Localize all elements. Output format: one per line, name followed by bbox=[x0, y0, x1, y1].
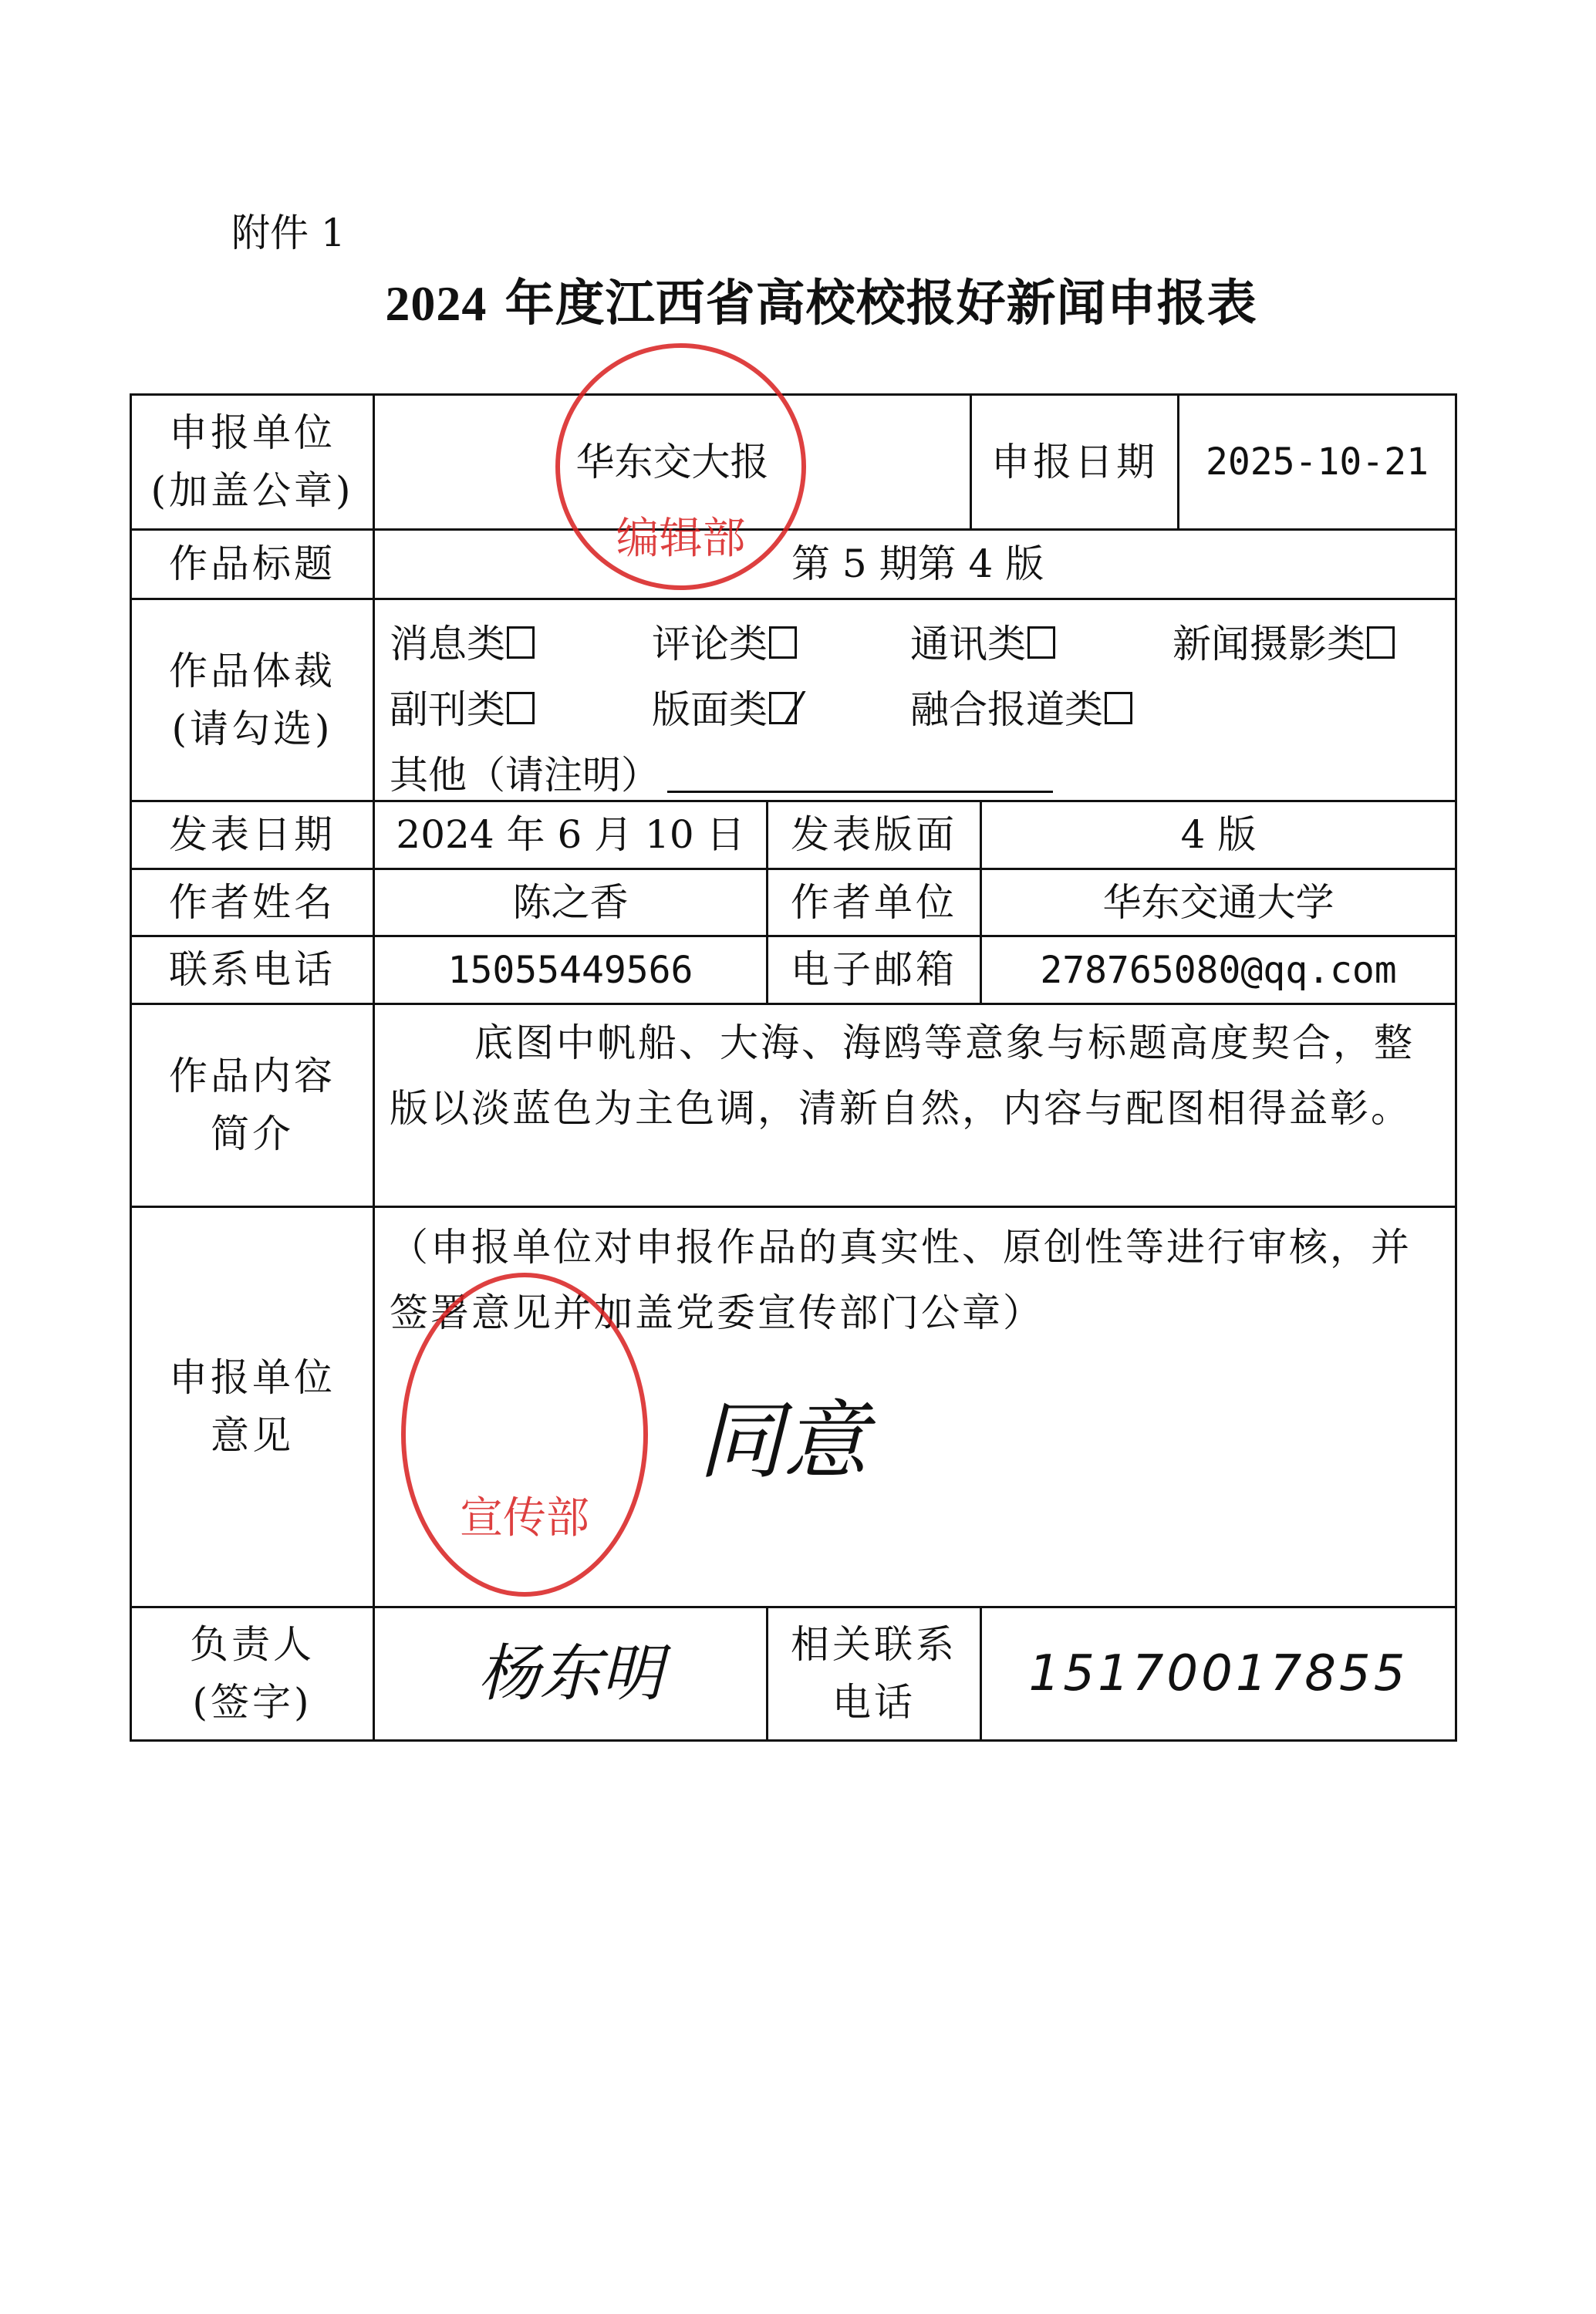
genre-checkbox-commentary[interactable]: 评论类 bbox=[652, 613, 797, 669]
email-label: 电子邮箱 bbox=[766, 935, 982, 1005]
label-line-2: (请勾选) bbox=[171, 700, 332, 758]
genre-label-text: 版面类 bbox=[652, 687, 768, 732]
genre-checkbox-convergence[interactable]: 融合报道类 bbox=[910, 679, 1132, 734]
label-line-1: 负责人 bbox=[190, 1616, 315, 1674]
label-line-2: 意见 bbox=[211, 1407, 294, 1465]
work-title-label: 作品标题 bbox=[130, 528, 375, 600]
responsible-label: 负责人 (签字) bbox=[130, 1606, 375, 1742]
checkbox-icon bbox=[1105, 692, 1132, 724]
submit-date-field[interactable]: 2025-10-21 bbox=[1177, 393, 1457, 531]
genre-checkbox-news[interactable]: 消息类 bbox=[390, 613, 535, 669]
author-unit-field[interactable]: 华东交通大学 bbox=[980, 868, 1457, 937]
applicant-unit-value: 华东交大报 bbox=[576, 433, 769, 491]
genre-other-label: 其他（请注明） bbox=[390, 753, 660, 798]
label-line-1: 相关联系 bbox=[791, 1616, 957, 1674]
publish-page-field[interactable]: 4 版 bbox=[980, 800, 1457, 870]
label-line-2: 简介 bbox=[211, 1105, 294, 1163]
checkbox-icon bbox=[769, 626, 797, 659]
related-phone-field[interactable]: 15170017855 bbox=[980, 1606, 1457, 1742]
related-phone-value: 15170017855 bbox=[1029, 1637, 1409, 1711]
phone-field[interactable]: 15055449566 bbox=[373, 935, 768, 1005]
label-line-1: 作品体裁 bbox=[169, 643, 336, 700]
genre-other: 其他（请注明） bbox=[390, 744, 1053, 800]
checkbox-icon bbox=[507, 692, 535, 724]
phone-label: 联系电话 bbox=[130, 935, 375, 1005]
submit-date-label: 申报日期 bbox=[970, 393, 1179, 531]
genre-checkbox-supplement[interactable]: 副刊类 bbox=[390, 679, 535, 734]
attachment-label: 附件 1 bbox=[231, 202, 346, 258]
genre-label-text: 新闻摄影类 bbox=[1173, 622, 1365, 666]
responsible-signature-field[interactable]: 杨东明 bbox=[373, 1606, 768, 1742]
applicant-unit-field[interactable]: 华东交大报 bbox=[373, 393, 972, 531]
genre-label-text: 通讯类 bbox=[910, 622, 1026, 666]
checkbox-icon bbox=[1027, 626, 1055, 659]
page-title: 2024 年度江西省高校校报好新闻申报表 bbox=[0, 264, 1596, 335]
applicant-unit-label: 申报单位 (加盖公章) bbox=[130, 393, 375, 531]
genre-label-text: 融合报道类 bbox=[910, 687, 1103, 732]
checkbox-icon bbox=[507, 626, 535, 659]
genre-checkbox-photo[interactable]: 新闻摄影类 bbox=[1173, 613, 1395, 669]
opinion-instructions: （申报单位对申报作品的真实性、原创性等进行审核，并签署意见并加盖党委宣传部门公章… bbox=[390, 1215, 1439, 1346]
checkbox-icon bbox=[1367, 626, 1395, 659]
publish-date-field[interactable]: 2024 年 6 月 10 日 bbox=[373, 800, 768, 870]
publish-date-label: 发表日期 bbox=[130, 800, 375, 870]
summary-label: 作品内容 简介 bbox=[130, 1003, 375, 1208]
label-line-1: 申报单位 bbox=[169, 404, 336, 462]
genre-label-text: 副刊类 bbox=[390, 687, 505, 732]
title-text: 年度江西省高校校报好新闻申报表 bbox=[505, 275, 1257, 332]
opinion-signature: 同意 bbox=[698, 1373, 868, 1495]
author-name-label: 作者姓名 bbox=[130, 868, 375, 937]
label-line-1: 申报单位 bbox=[169, 1349, 336, 1407]
summary-text: 底图中帆船、大海、海鸥等意象与标题高度契合，整版以淡蓝色为主色调，清新自然，内容… bbox=[390, 1010, 1439, 1142]
genre-label-text: 消息类 bbox=[390, 622, 505, 666]
related-phone-label: 相关联系 电话 bbox=[766, 1606, 982, 1742]
work-title-field[interactable]: 第 5 期第 4 版 bbox=[373, 528, 1457, 600]
genre-label: 作品体裁 (请勾选) bbox=[130, 598, 375, 802]
publish-page-label: 发表版面 bbox=[766, 800, 982, 870]
email-field[interactable]: 278765080@qq.com bbox=[980, 935, 1457, 1005]
genre-checkbox-feature[interactable]: 通讯类 bbox=[910, 613, 1055, 669]
label-line-2: (加盖公章) bbox=[150, 462, 353, 520]
opinion-label: 申报单位 意见 bbox=[130, 1206, 375, 1608]
label-line-2: (签字) bbox=[192, 1674, 312, 1732]
author-name-field[interactable]: 陈之香 bbox=[373, 868, 768, 937]
genre-checkbox-layout[interactable]: 版面类 bbox=[652, 679, 797, 734]
label-line-1: 作品内容 bbox=[169, 1047, 336, 1105]
genre-label-text: 评论类 bbox=[652, 622, 768, 666]
title-year: 2024 bbox=[385, 276, 487, 331]
label-line-2: 电话 bbox=[832, 1674, 916, 1732]
author-unit-label: 作者单位 bbox=[766, 868, 982, 937]
genre-other-input[interactable] bbox=[667, 760, 1053, 793]
checkbox-checked-icon bbox=[769, 692, 797, 724]
responsible-signature: 杨东明 bbox=[478, 1628, 663, 1720]
